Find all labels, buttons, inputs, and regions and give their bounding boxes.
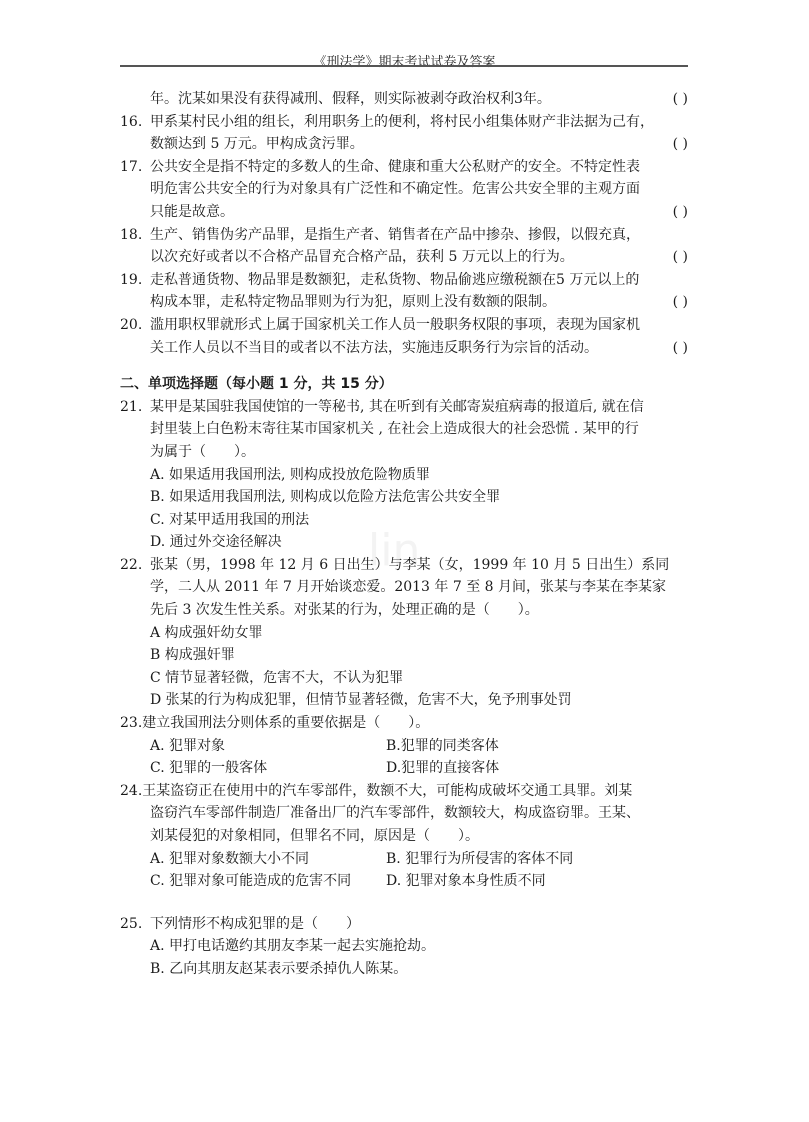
question-number: 19. bbox=[120, 269, 142, 292]
document-header-title: 《刑法学》期末考试试卷及答案 bbox=[0, 51, 809, 70]
question-text: 下列情形不构成犯罪的是（ ） bbox=[150, 916, 360, 932]
question-text: 数额达到 5 万元。甲构成贪污罪。 bbox=[150, 136, 364, 152]
question-text: 明危害公共安全的行为对象具有广泛性和不确定性。危害公共安全罪的主观方面 bbox=[150, 181, 640, 197]
question-text: 只能是故意。 bbox=[150, 204, 234, 220]
option-b: B. 犯罪行为所侵害的客体不同 bbox=[386, 848, 573, 871]
question-text: 盗窃汽车零部件制造厂准备出厂的汽车零部件，数额较大，构成盗窃罪。王某、 bbox=[150, 805, 640, 821]
tf-question-16: 16.甲系某村民小组的组长，利用职务上的便利，将村民小组集体财产非法据为己有， … bbox=[120, 111, 688, 156]
question-text: 建立我国刑法分则体系的重要依据是（ ）。 bbox=[142, 715, 429, 731]
question-number: 23. bbox=[120, 715, 142, 731]
option-d: D.犯罪的直接客体 bbox=[386, 757, 499, 780]
option-c: C. 犯罪的一般客体 bbox=[150, 757, 386, 780]
question-text: 滥用职权罪就形式上属于国家机关工作人员一般职务权限的事项，表现为国家机 bbox=[150, 317, 640, 333]
answer-blank: ( ) bbox=[673, 291, 688, 314]
question-text: 走私普通货物、物品罪是数额犯，走私货物、物品偷逃应缴税额在5 万元以上的 bbox=[150, 272, 639, 288]
mc-question-22: 22.张某（男，1998 年 12 月 6 日出生）与李某（女，1999 年 1… bbox=[120, 554, 688, 712]
question-number: 24. bbox=[120, 783, 142, 799]
question-text: 年。沈某如果没有获得减刑、假释，则实际被剥夺政治权利3年。 bbox=[150, 91, 551, 107]
option-c: C 情节显著轻微，危害不大，不认为犯罪 bbox=[120, 667, 688, 690]
question-text: 甲系某村民小组的组长，利用职务上的便利，将村民小组集体财产非法据为己有， bbox=[150, 114, 654, 130]
question-text: 以次充好或者以不合格产品冒充合格产品，获利 5 万元以上的行为。 bbox=[150, 249, 574, 265]
question-number: 16. bbox=[120, 111, 142, 134]
spacer bbox=[120, 893, 688, 913]
header-divider bbox=[120, 65, 688, 67]
mc-question-25: 25.下列情形不构成犯罪的是（ ） A. 甲打电话邀约其朋友李某一起去实施抢劫。… bbox=[120, 913, 688, 981]
option-b: B 构成强奸罪 bbox=[120, 644, 688, 667]
section-heading-single-choice: 二、单项选择题（每小题 1 分，共 15 分） bbox=[120, 373, 688, 396]
option-a: A. 如果适用我国刑法, 则构成投放危险物质罪 bbox=[120, 464, 688, 487]
option-d: D 张某的行为构成犯罪，但情节显著轻微，危害不大，免予刑事处罚 bbox=[120, 689, 688, 712]
answer-blank: ( ) bbox=[673, 246, 688, 269]
question-text: 王某盗窃正在使用中的汽车零部件，数额不大，可能构成破坏交通工具罪。刘某 bbox=[142, 783, 632, 799]
answer-blank: ( ) bbox=[673, 88, 688, 111]
question-number: 18. bbox=[120, 224, 142, 247]
question-text: 学，二人从 2011 年 7 月开始谈恋爱。2013 年 7 至 8 月间，张某… bbox=[150, 579, 666, 595]
option-a: A 构成强奸幼女罪 bbox=[120, 622, 688, 645]
mc-question-21: 21.某甲是某国驻我国使馆的一等秘书, 其在听到有关邮寄炭疽病毒的报道后, 就在… bbox=[120, 396, 688, 554]
question-text: 张某（男，1998 年 12 月 6 日出生）与李某（女，1999 年 10 月… bbox=[150, 557, 669, 573]
mc-question-23: 23.建立我国刑法分则体系的重要依据是（ ）。 A. 犯罪对象B.犯罪的同类客体… bbox=[120, 712, 688, 780]
question-text: 刘某侵犯的对象相同，但罪名不同，原因是（ ）。 bbox=[150, 828, 479, 844]
document-body: 年。沈某如果没有获得减刑、假释，则实际被剥夺政治权利3年。 ( ) 16.甲系某… bbox=[120, 88, 688, 981]
question-text: 公共安全是指不特定的多数人的生命、健康和重大公私财产的安全。不特定性表 bbox=[150, 159, 640, 175]
answer-blank: ( ) bbox=[673, 201, 688, 224]
option-a: A. 犯罪对象数额大小不同 bbox=[150, 848, 386, 871]
option-c: C. 对某甲适用我国的刑法 bbox=[120, 509, 688, 532]
question-number: 22. bbox=[120, 554, 142, 577]
option-d: D. 犯罪对象本身性质不同 bbox=[386, 870, 546, 893]
question-text: 封里装上白色粉末寄往某市国家机关 , 在社会上造成很大的社会恐慌 . 某甲的行 bbox=[150, 421, 639, 437]
question-number: 25. bbox=[120, 913, 142, 936]
option-b: B. 如果适用我国刑法, 则构成以危险方法危害公共安全罪 bbox=[120, 486, 688, 509]
question-text: 生产、销售伪劣产品罪，是指生产者、销售者在产品中掺杂、掺假，以假充真， bbox=[150, 227, 640, 243]
answer-blank: ( ) bbox=[673, 337, 688, 360]
tf-question-19: 19.走私普通货物、物品罪是数额犯，走私货物、物品偷逃应缴税额在5 万元以上的 … bbox=[120, 269, 688, 314]
mc-question-24: 24.王某盗窃正在使用中的汽车零部件，数额不大，可能构成破坏交通工具罪。刘某 盗… bbox=[120, 780, 688, 893]
tf-question-17: 17.公共安全是指不特定的多数人的生命、健康和重大公私财产的安全。不特定性表 明… bbox=[120, 156, 688, 224]
option-a: A. 甲打电话邀约其朋友李某一起去实施抢劫。 bbox=[120, 935, 688, 958]
option-a: A. 犯罪对象 bbox=[150, 735, 386, 758]
question-text: 某甲是某国驻我国使馆的一等秘书, 其在听到有关邮寄炭疽病毒的报道后, 就在信 bbox=[150, 399, 644, 415]
option-d: D. 通过外交途径解决 bbox=[120, 531, 688, 554]
question-number: 21. bbox=[120, 396, 142, 419]
question-number: 20. bbox=[120, 314, 142, 337]
tf-question-18: 18.生产、销售伪劣产品罪，是指生产者、销售者在产品中掺杂、掺假，以假充真， 以… bbox=[120, 224, 688, 269]
question-text: 先后 3 次发生性关系。对张某的行为，处理正确的是（ ）。 bbox=[150, 602, 539, 618]
option-c: C. 犯罪对象可能造成的危害不同 bbox=[150, 870, 386, 893]
option-b: B.犯罪的同类客体 bbox=[386, 735, 499, 758]
answer-blank: ( ) bbox=[673, 133, 688, 156]
tf-question-20: 20.滥用职权罪就形式上属于国家机关工作人员一般职务权限的事项，表现为国家机 关… bbox=[120, 314, 688, 359]
tf-question-15-tail: 年。沈某如果没有获得减刑、假释，则实际被剥夺政治权利3年。 ( ) bbox=[120, 88, 688, 111]
option-b: B. 乙向其朋友赵某表示要杀掉仇人陈某。 bbox=[120, 958, 688, 981]
question-text: 构成本罪，走私特定物品罪则为行为犯，原则上没有数额的限制。 bbox=[150, 294, 556, 310]
question-text: 关工作人员以不当目的或者以不法方法，实施违反职务行为宗旨的活动。 bbox=[150, 340, 598, 356]
question-text: 为属于（ ）。 bbox=[150, 444, 255, 460]
question-number: 17. bbox=[120, 156, 142, 179]
